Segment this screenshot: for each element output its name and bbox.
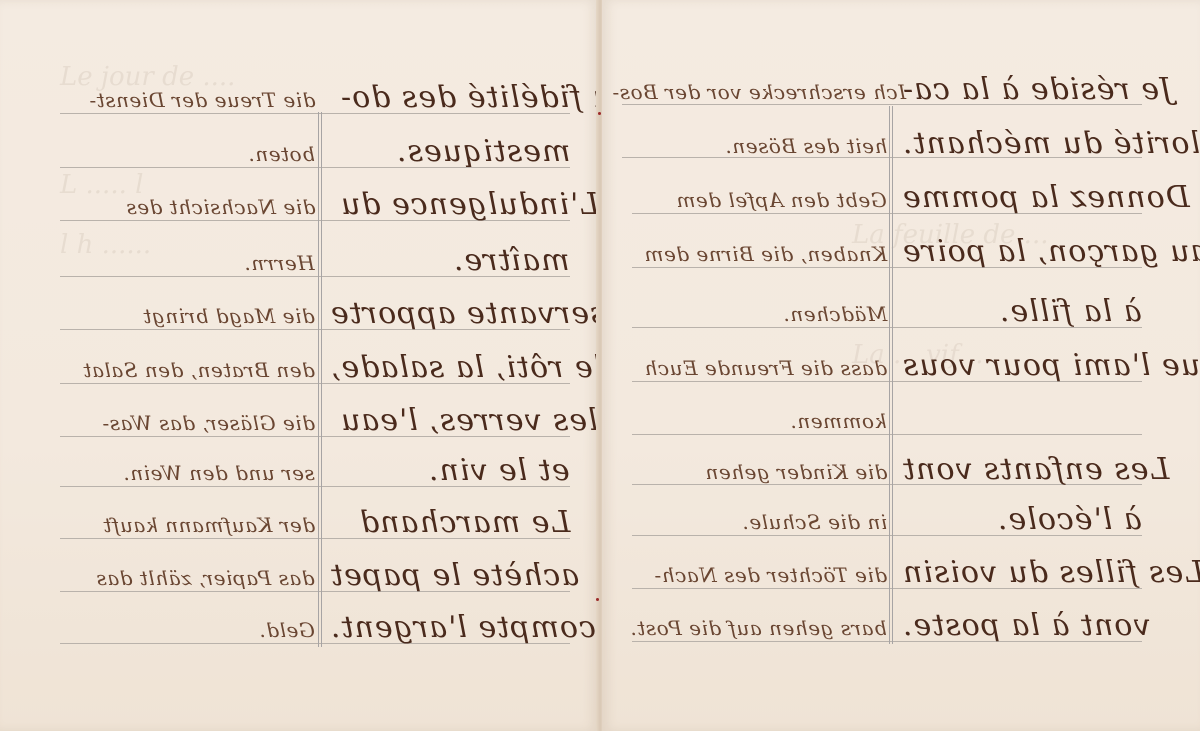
french-line: Je réside à la ca- [902, 72, 1142, 112]
french-line: compte l'argent. [330, 610, 570, 650]
german-line: ser und den Wein. [60, 461, 315, 501]
french-line: à la fille. [902, 294, 1142, 334]
french-line: et le vin. [340, 453, 570, 493]
german-line: boten. [60, 142, 315, 182]
french-line: à l'école. [902, 502, 1142, 542]
german-line: das Papier, zählt das [40, 566, 315, 606]
french-line: lorité du méchant. [902, 126, 1142, 166]
german-line: bars gehen auf die Post. [612, 616, 887, 656]
german-line: Knaben, die Birne dem [622, 242, 887, 282]
french-line: les verres, l'eau [340, 403, 570, 443]
french-line: le rôti, la salade, [330, 350, 575, 390]
french-line: Les filles du voisin [902, 555, 1142, 595]
german-line: den Braten, den Salat [40, 358, 315, 398]
french-line: Donnez la pomme [902, 180, 1142, 220]
french-line: que l'ami pour vous [902, 348, 1142, 388]
french-line: au garçon, la poire [902, 234, 1142, 274]
french-line: Le marchand [340, 505, 570, 545]
german-line: die Magd bringt [40, 304, 315, 344]
german-line: Geld. [60, 618, 315, 658]
french-line: mestiques. [340, 134, 570, 174]
ink-speck [596, 598, 599, 601]
german-line: der Kaufmann kauft [20, 513, 315, 553]
left-page: Le jour de .... L ..... l l h ...... La … [0, 0, 598, 731]
french-line: maître. [340, 243, 570, 283]
french-line: L'indulgence du [340, 187, 570, 227]
german-line: in die Schule. [622, 510, 887, 550]
german-line: die Treue der Dienst- [60, 88, 315, 128]
german-line: die Töchter des Nach- [612, 563, 887, 603]
german-line: dass die Freunde Euch [622, 356, 887, 396]
column-divider [889, 106, 890, 644]
french-line: La fidélité des do- [340, 80, 570, 120]
column-divider [321, 112, 322, 647]
copybook-spread: Le jour de .... L ..... l l h ...... La … [0, 0, 1200, 731]
german-line: heit des Bösen. [622, 134, 887, 174]
german-line: Gebt den Apfel dem [622, 188, 887, 228]
german-line: Ich erschrecke vor der Bos- [612, 80, 887, 120]
column-divider [892, 106, 893, 644]
right-page: La feuille de ... La ... vif ... Je rési… [602, 0, 1200, 731]
ink-speck [598, 112, 601, 115]
german-line: die Kinder gehen [622, 460, 887, 500]
german-line: die Nachsicht des [60, 195, 315, 235]
french-line: La servante apporte [330, 296, 575, 336]
column-divider [318, 112, 319, 647]
german-line: Mädchen. [622, 302, 887, 342]
german-line: Herrn. [60, 251, 315, 291]
french-line: Les enfants vont [902, 452, 1142, 492]
french-line: achète le papet [330, 558, 570, 598]
german-line: kommen. [622, 409, 887, 449]
german-line: die Gläser, das Was- [40, 411, 315, 451]
french-line: vont à la poste. [902, 608, 1142, 648]
